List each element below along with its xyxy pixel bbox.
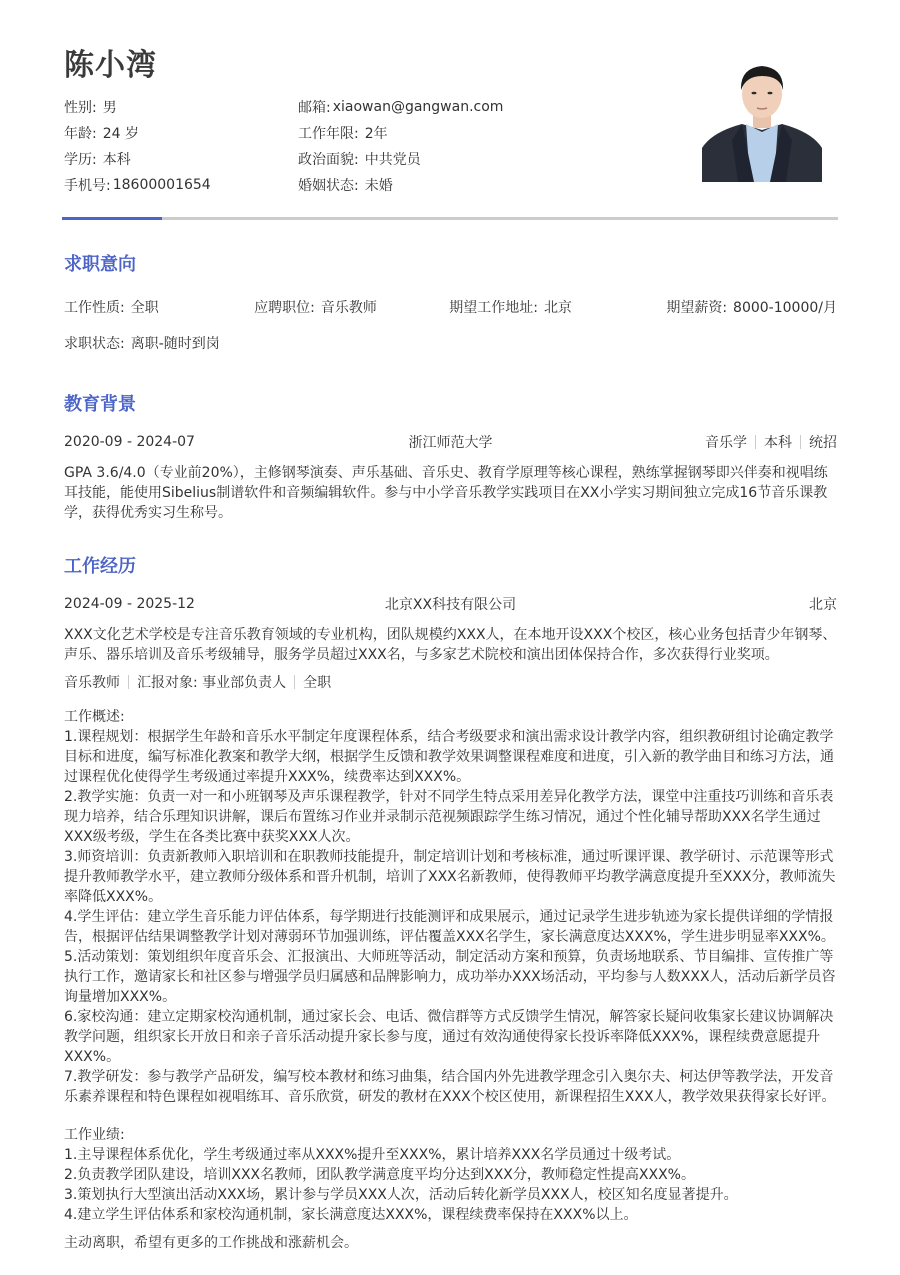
employment-type-tag: 全职: [303, 672, 331, 692]
marital-status-value: 未婚: [365, 175, 393, 195]
report-to-tag: 汇报对象: 事业部负责人: [137, 672, 286, 692]
political-status-value: 中共党员: [365, 149, 421, 169]
tag-separator: [128, 675, 129, 689]
gender-value: 男: [103, 97, 117, 117]
section-title-job-intent: 求职意向: [64, 250, 136, 276]
portrait-icon: [702, 60, 822, 182]
info-row: 手机号: 18600001654 婚姻状态: 未婚: [64, 172, 624, 198]
age-label: 年龄:: [64, 123, 97, 143]
salary-field: 期望薪资: 8000-10000/月: [666, 297, 837, 317]
job-status-row: 求职状态: 离职-随时到岗: [64, 333, 837, 353]
phone-field: 手机号: 18600001654: [64, 175, 298, 195]
job-intent-row: 工作性质: 全职 应聘职位: 音乐教师 期望工作地址: 北京 期望薪资: 800…: [64, 297, 837, 317]
marital-status-field: 婚姻状态: 未婚: [298, 175, 393, 195]
education-tags: 音乐学 本科 统招: [705, 432, 837, 452]
education-description-text: GPA 3.6/4.0（专业前20%），主修钢琴演奏、声乐基础、音乐史、教育学原…: [64, 463, 837, 523]
overview-item: 4.学生评估：建立学生音乐能力评估体系，每学期进行技能测评和成果展示，通过记录学…: [64, 907, 837, 947]
job-type-value: 全职: [131, 297, 159, 317]
marital-status-label: 婚姻状态:: [298, 175, 359, 195]
position-label: 应聘职位:: [254, 297, 315, 317]
position-field: 应聘职位: 音乐教师: [254, 297, 447, 317]
section-title-work: 工作经历: [64, 552, 136, 578]
info-row: 学历: 本科 政治面貌: 中共党员: [64, 146, 624, 172]
age-value: 24 岁: [103, 123, 139, 143]
achievement-item: 2.负责教学团队建设，培训XXX名教师，团队教学满意度平均分达到XXX分，教师稳…: [64, 1165, 837, 1185]
work-years-field: 工作年限: 2年: [298, 123, 388, 143]
company-intro: XXX文化艺术学校是专注音乐教育领域的专业机构，团队规模约XXX人，在本地开设X…: [64, 625, 837, 665]
work-years-value: 2年: [365, 123, 388, 143]
work-overview: 工作概述: 1.课程规划：根据学生年龄和音乐水平制定年度课程体系，结合考级要求和…: [64, 707, 837, 1107]
location-field: 期望工作地址: 北京: [449, 297, 664, 317]
tag-separator: [755, 435, 756, 449]
achievement-item: 4.建立学生评估体系和家校沟通机制，家长满意度达XXX%，课程续费率保持在XXX…: [64, 1205, 837, 1225]
achievement-item: 3.策划执行大型演出活动XXX场，累计参与学员XXX人次，活动后转化新学员XXX…: [64, 1185, 837, 1205]
degree-field: 学历: 本科: [64, 149, 298, 169]
location-value: 北京: [544, 297, 572, 317]
job-status-label: 求职状态:: [64, 333, 125, 353]
overview-item: 3.师资培训：负责新教师入职培训和在职教师技能提升，制定培训计划和考核标准，通过…: [64, 847, 837, 907]
email-value: xiaowan@gangwan.com: [333, 99, 504, 115]
work-years-label: 工作年限:: [298, 123, 359, 143]
role-tag: 音乐教师: [64, 672, 120, 692]
age-field: 年龄: 24 岁: [64, 123, 298, 143]
company-intro-text: XXX文化艺术学校是专注音乐教育领域的专业机构，团队规模约XXX人，在本地开设X…: [64, 625, 837, 665]
divider-accent: [62, 217, 162, 220]
overview-label: 工作概述:: [64, 707, 837, 727]
education-description: GPA 3.6/4.0（专业前20%），主修钢琴演奏、声乐基础、音乐史、教育学原…: [64, 463, 837, 523]
header-divider: [62, 217, 838, 220]
degree-tag: 本科: [764, 432, 792, 452]
job-status-field: 求职状态: 离职-随时到岗: [64, 333, 220, 353]
tag-separator: [294, 675, 295, 689]
enrollment-tag: 统招: [809, 432, 837, 452]
profile-photo: [702, 60, 822, 182]
candidate-name: 陈小湾: [64, 40, 157, 84]
education-header: 2020-09 - 2024-07 浙江师范大学 音乐学 本科 统招: [64, 432, 837, 452]
work-tags-row: 音乐教师 汇报对象: 事业部负责人 全职: [64, 672, 837, 692]
overview-item: 1.课程规划：根据学生年龄和音乐水平制定年度课程体系，结合考级要求和演出需求设计…: [64, 727, 837, 787]
phone-label: 手机号:: [64, 175, 111, 195]
position-value: 音乐教师: [321, 297, 377, 317]
work-header: 2024-09 - 2025-12 北京XX科技有限公司 北京: [64, 594, 837, 614]
overview-item: 7.教学研发：参与教学产品研发，编写校本教材和练习曲集，结合国内外先进教学理念引…: [64, 1067, 837, 1107]
salary-label: 期望薪资:: [666, 297, 727, 317]
degree-label: 学历:: [64, 149, 97, 169]
job-status-value: 离职-随时到岗: [131, 333, 220, 353]
salary-value: 8000-10000/月: [733, 297, 837, 317]
education-period: 2020-09 - 2024-07: [64, 434, 195, 450]
work-period: 2024-09 - 2025-12: [64, 596, 195, 612]
location-label: 期望工作地址:: [449, 297, 538, 317]
gender-field: 性别: 男: [64, 97, 298, 117]
achievements-label: 工作业绩:: [64, 1125, 837, 1145]
tag-separator: [800, 435, 801, 449]
email-field: 邮箱: xiaowan@gangwan.com: [298, 97, 503, 117]
job-type-label: 工作性质:: [64, 297, 125, 317]
info-row: 性别: 男 邮箱: xiaowan@gangwan.com: [64, 94, 624, 120]
job-type-field: 工作性质: 全职: [64, 297, 252, 317]
leave-reason: 主动离职，希望有更多的工作挑战和涨薪机会。: [64, 1233, 837, 1253]
political-status-label: 政治面貌:: [298, 149, 359, 169]
leave-reason-text: 主动离职，希望有更多的工作挑战和涨薪机会。: [64, 1233, 837, 1253]
work-achievements: 工作业绩: 1.主导课程体系优化，学生考级通过率从XXX%提升至XXX%，累计培…: [64, 1125, 837, 1225]
degree-value: 本科: [103, 149, 131, 169]
gender-label: 性别:: [64, 97, 97, 117]
email-label: 邮箱:: [298, 97, 331, 117]
achievement-item: 1.主导课程体系优化，学生考级通过率从XXX%提升至XXX%，累计培养XXX名学…: [64, 1145, 837, 1165]
phone-value: 18600001654: [113, 177, 211, 193]
political-status-field: 政治面貌: 中共党员: [298, 149, 421, 169]
section-title-education: 教育背景: [64, 390, 136, 416]
overview-item: 6.家校沟通：建立定期家校沟通机制，通过家长会、电话、微信群等方式反馈学生情况，…: [64, 1007, 837, 1067]
overview-item: 2.教学实施：负责一对一和小班钢琴及声乐课程教学，针对不同学生特点采用差异化教学…: [64, 787, 837, 847]
overview-item: 5.活动策划：策划组织年度音乐会、汇报演出、大师班等活动，制定活动方案和预算，负…: [64, 947, 837, 1007]
work-location: 北京: [809, 594, 837, 614]
major-tag: 音乐学: [705, 432, 747, 452]
info-row: 年龄: 24 岁 工作年限: 2年: [64, 120, 624, 146]
basic-info: 性别: 男 邮箱: xiaowan@gangwan.com 年龄: 24 岁 工…: [64, 94, 624, 198]
